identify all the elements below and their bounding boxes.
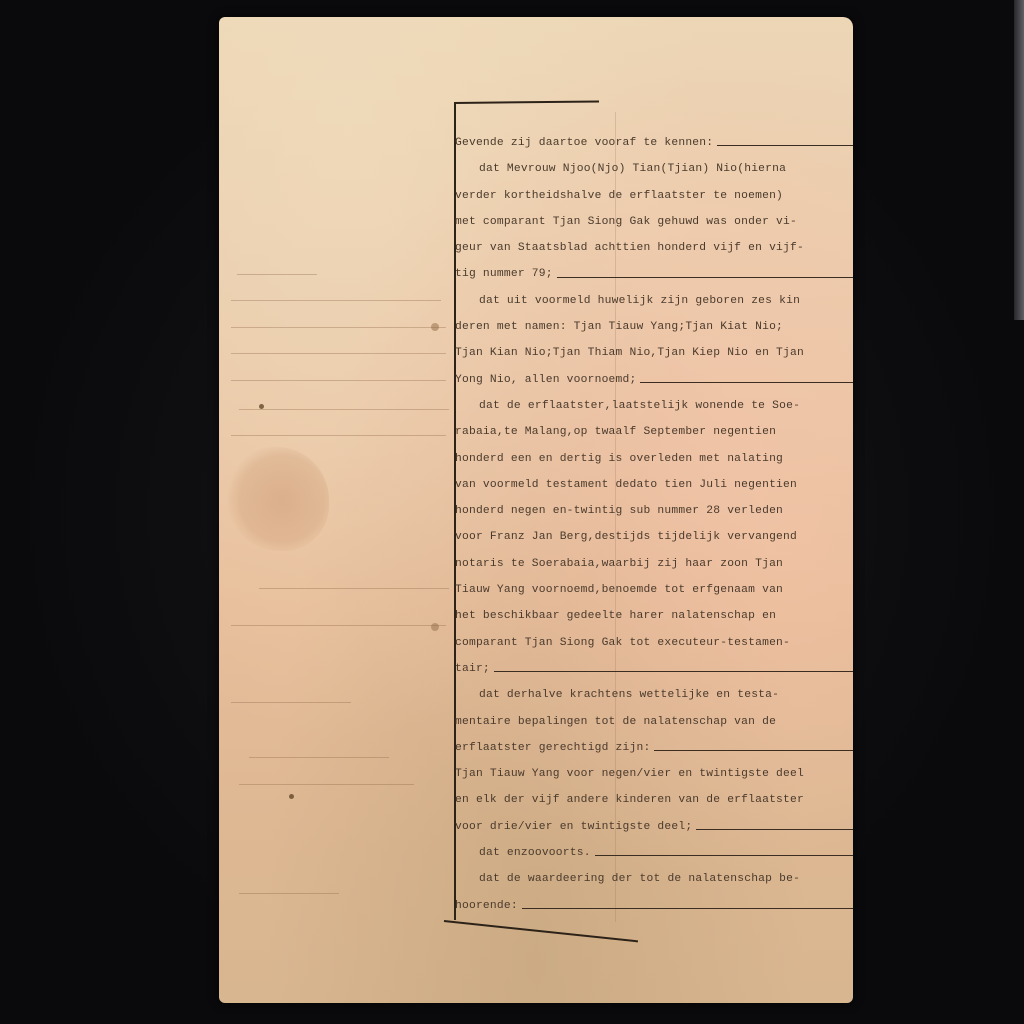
fill-rule-line — [640, 381, 853, 383]
margin-rule — [231, 300, 441, 301]
margin-rule — [259, 588, 449, 589]
text-line: verder kortheidshalve de erflaatster te … — [455, 183, 853, 209]
text-line: voor Franz Jan Berg,destijds tijdelijk v… — [455, 524, 853, 550]
text-line: tig nummer 79; — [455, 261, 853, 287]
text-line: en elk der vijf andere kinderen van de e… — [455, 787, 853, 813]
fill-rule-line — [654, 749, 853, 751]
text-line: dat de waardeering der tot de nalatensch… — [455, 866, 853, 892]
margin-rule — [231, 625, 446, 626]
text-line: hoorende: — [455, 893, 853, 919]
text-line-content: erflaatster gerechtigd zijn: — [455, 735, 650, 761]
text-line: voor drie/vier en twintigste deel; — [455, 814, 853, 840]
text-line-content: het beschikbaar gedeelte harer nalatensc… — [455, 603, 776, 629]
margin-rule — [231, 380, 446, 381]
text-line-content: honderd negen en-twintig sub nummer 28 v… — [455, 498, 783, 524]
text-line: van voormeld testament dedato tien Juli … — [455, 472, 853, 498]
text-line-content: van voormeld testament dedato tien Juli … — [455, 472, 797, 498]
text-line-content: Tjan Kian Nio;Tjan Thiam Nio,Tjan Kiep N… — [455, 340, 804, 366]
margin-rule — [231, 353, 446, 354]
text-line: met comparant Tjan Siong Gak gehuwd was … — [455, 209, 853, 235]
text-line: dat de erflaatster,laatstelijk wonende t… — [455, 393, 853, 419]
typed-text-block: Gevende zij daartoe vooraf te kennen:dat… — [455, 130, 853, 919]
text-line-content: notaris te Soerabaia,waarbij zij haar zo… — [455, 551, 783, 577]
text-line-content: dat Mevrouw Njoo(Njo) Tian(Tjian) Nio(hi… — [479, 156, 786, 182]
document-page: Gevende zij daartoe vooraf te kennen:dat… — [219, 17, 853, 1003]
fill-rule-line — [557, 276, 853, 278]
fill-rule-line — [696, 828, 853, 830]
text-line-content: dat derhalve krachtens wettelijke en tes… — [479, 682, 779, 708]
text-line: dat uit voormeld huwelijk zijn geboren z… — [455, 288, 853, 314]
text-line-content: Tiauw Yang voornoemd,benoemde tot erfgen… — [455, 577, 783, 603]
text-line-content: Gevende zij daartoe vooraf te kennen: — [455, 130, 713, 156]
text-line-content: geur van Staatsblad achttien honderd vij… — [455, 235, 804, 261]
text-line-content: verder kortheidshalve de erflaatster te … — [455, 183, 783, 209]
text-line: notaris te Soerabaia,waarbij zij haar zo… — [455, 551, 853, 577]
text-line: Gevende zij daartoe vooraf te kennen: — [455, 130, 853, 156]
text-line: comparant Tjan Siong Gak tot executeur-t… — [455, 630, 853, 656]
text-line: dat enzoovoorts. — [455, 840, 853, 866]
text-line-content: dat de waardeering der tot de nalatensch… — [479, 866, 800, 892]
text-line-content: rabaia,te Malang,op twaalf September neg… — [455, 419, 776, 445]
text-line-content: tig nummer 79; — [455, 261, 553, 287]
margin-rule — [239, 784, 414, 785]
margin-frame-bottom — [444, 920, 638, 942]
text-line: Yong Nio, allen voornoemd; — [455, 367, 853, 393]
text-line-content: en elk der vijf andere kinderen van de e… — [455, 787, 804, 813]
text-line: tair; — [455, 656, 853, 682]
text-line-content: dat uit voormeld huwelijk zijn geboren z… — [479, 288, 800, 314]
text-line-content: dat de erflaatster,laatstelijk wonende t… — [479, 393, 800, 419]
text-line-content: met comparant Tjan Siong Gak gehuwd was … — [455, 209, 797, 235]
text-line: deren met namen: Tjan Tiauw Yang;Tjan Ki… — [455, 314, 853, 340]
text-line-content: deren met namen: Tjan Tiauw Yang;Tjan Ki… — [455, 314, 783, 340]
text-line-content: hoorende: — [455, 893, 518, 919]
margin-rule — [231, 702, 351, 703]
text-line: Tjan Kian Nio;Tjan Thiam Nio,Tjan Kiep N… — [455, 340, 853, 366]
text-line-content: tair; — [455, 656, 490, 682]
margin-rule — [231, 327, 446, 328]
text-line-content: Yong Nio, allen voornoemd; — [455, 367, 636, 393]
margin-rule — [249, 757, 389, 758]
margin-rule — [237, 274, 317, 275]
text-line: honderd een en dertig is overleden met n… — [455, 446, 853, 472]
text-line-content: honderd een en dertig is overleden met n… — [455, 446, 783, 472]
text-line: mentaire bepalingen tot de nalatenschap … — [455, 709, 853, 735]
ink-spot — [289, 794, 294, 799]
text-line: Tiauw Yang voornoemd,benoemde tot erfgen… — [455, 577, 853, 603]
margin-rule — [239, 893, 339, 894]
fill-rule-line — [595, 854, 853, 856]
text-line: geur van Staatsblad achttien honderd vij… — [455, 235, 853, 261]
text-line: erflaatster gerechtigd zijn: — [455, 735, 853, 761]
background-edge-strip — [1014, 0, 1024, 320]
text-line: dat derhalve krachtens wettelijke en tes… — [455, 682, 853, 708]
margin-rule — [239, 409, 449, 410]
text-line: Tjan Tiauw Yang voor negen/vier en twint… — [455, 761, 853, 787]
text-line-content: comparant Tjan Siong Gak tot executeur-t… — [455, 630, 790, 656]
photo-stage: Gevende zij daartoe vooraf te kennen:dat… — [0, 0, 1024, 1024]
margin-frame-top — [454, 100, 599, 104]
text-line-content: mentaire bepalingen tot de nalatenschap … — [455, 709, 776, 735]
fill-rule-line — [494, 670, 853, 672]
text-line-content: voor drie/vier en twintigste deel; — [455, 814, 692, 840]
text-line: dat Mevrouw Njoo(Njo) Tian(Tjian) Nio(hi… — [455, 156, 853, 182]
text-line-content: dat enzoovoorts. — [479, 840, 591, 866]
text-line: honderd negen en-twintig sub nummer 28 v… — [455, 498, 853, 524]
text-line-content: Tjan Tiauw Yang voor negen/vier en twint… — [455, 761, 804, 787]
text-line: rabaia,te Malang,op twaalf September neg… — [455, 419, 853, 445]
fill-rule-line — [522, 907, 853, 909]
text-line-content: voor Franz Jan Berg,destijds tijdelijk v… — [455, 524, 797, 550]
margin-rule — [231, 435, 446, 436]
text-line: het beschikbaar gedeelte harer nalatensc… — [455, 603, 853, 629]
fill-rule-line — [717, 144, 853, 146]
water-stain — [225, 447, 329, 551]
